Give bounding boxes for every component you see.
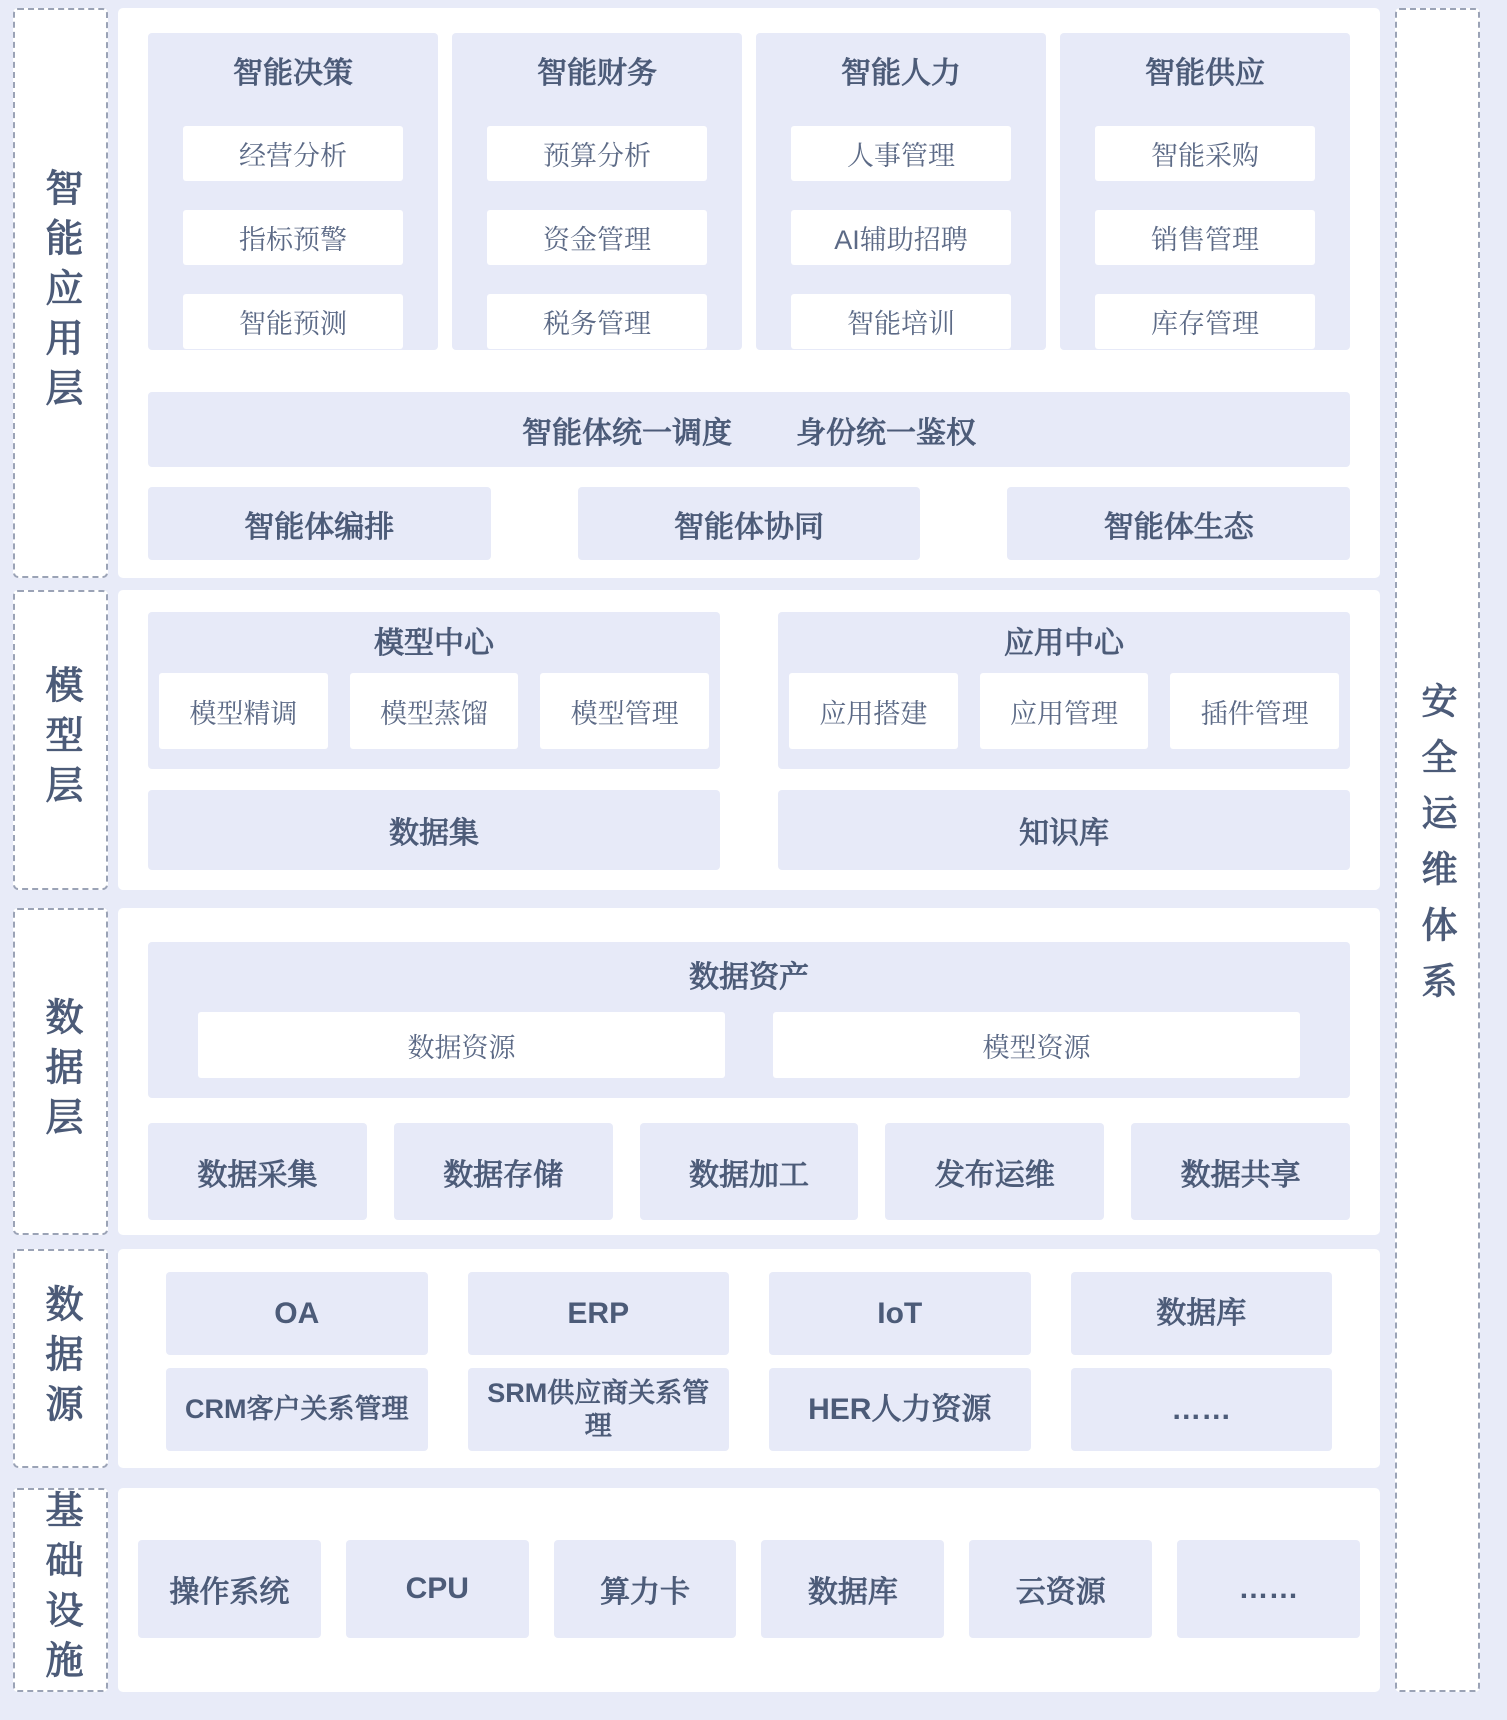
- model-groups: 模型中心 模型精调 模型蒸馏 模型管理 应用中心 应用搭建 应用管理 插件管理: [148, 612, 1350, 769]
- model-center-group: 模型中心 模型精调 模型蒸馏 模型管理: [148, 612, 720, 769]
- app-item: 销售管理: [1095, 210, 1315, 265]
- layer-label-app: 智能应用层: [13, 8, 108, 578]
- agent-box: 智能体生态: [1007, 487, 1350, 560]
- data-resource-box: 数据资源: [198, 1012, 725, 1078]
- app-col-finance: 智能财务 预算分析 资金管理 税务管理: [452, 33, 742, 350]
- app-item: 资金管理: [487, 210, 707, 265]
- bar-label: 智能体统一调度: [522, 408, 732, 452]
- app-col-supply: 智能供应 智能采购 销售管理 库存管理: [1060, 33, 1350, 350]
- app-col-decision: 智能决策 经营分析 指标预警 智能预测: [148, 33, 438, 350]
- app-center-item: 应用搭建: [789, 673, 958, 749]
- column-title: 智能人力: [841, 51, 961, 97]
- source-box: HER人力资源: [769, 1368, 1031, 1451]
- app-item: 智能预测: [183, 294, 403, 349]
- app-columns: 智能决策 经营分析 指标预警 智能预测 智能财务 预算分析 资金管理 税务管理 …: [148, 33, 1350, 350]
- group-title: 应用中心: [1004, 624, 1124, 664]
- data-op-box: 数据共享: [1131, 1123, 1350, 1220]
- model-footer-row: 数据集 知识库: [148, 790, 1350, 870]
- infra-box-ellipsis: ……: [1177, 1540, 1360, 1638]
- data-asset-group: 数据资产 数据资源 模型资源: [148, 942, 1350, 1098]
- layer-label-text: 智能应用层: [33, 168, 88, 418]
- data-op-box: 数据采集: [148, 1123, 367, 1220]
- data-op-box: 发布运维: [885, 1123, 1104, 1220]
- knowledge-base-box: 知识库: [778, 790, 1350, 870]
- column-title: 智能供应: [1145, 51, 1265, 97]
- app-item: 库存管理: [1095, 294, 1315, 349]
- data-op-box: 数据存储: [394, 1123, 613, 1220]
- app-center-item: 插件管理: [1170, 673, 1339, 749]
- layer-label-text: 模型层: [33, 665, 88, 815]
- section-infrastructure: 操作系统 CPU 算力卡 数据库 云资源 ……: [118, 1488, 1380, 1692]
- layer-label-text: 数据源: [33, 1284, 88, 1434]
- security-rail-box: 安全运维体系: [1395, 8, 1480, 1692]
- column-title: 智能决策: [233, 51, 353, 97]
- group-title: 模型中心: [374, 624, 494, 664]
- layer-rail: 智能应用层 模型层 数据层 数据源 基础设施: [13, 8, 108, 1692]
- app-item: AI辅助招聘: [791, 210, 1011, 265]
- data-op-box: 数据加工: [640, 1123, 859, 1220]
- main-content: 智能决策 经营分析 指标预警 智能预测 智能财务 预算分析 资金管理 税务管理 …: [118, 8, 1380, 1692]
- agent-scheduling-bar: 智能体统一调度 身份统一鉴权: [148, 392, 1350, 467]
- infra-box: 数据库: [761, 1540, 944, 1638]
- app-center-group: 应用中心 应用搭建 应用管理 插件管理: [778, 612, 1350, 769]
- bar-label: 身份统一鉴权: [796, 408, 976, 452]
- app-item: 指标预警: [183, 210, 403, 265]
- layer-label-data: 数据层: [13, 908, 108, 1235]
- section-app-layer: 智能决策 经营分析 指标预警 智能预测 智能财务 预算分析 资金管理 税务管理 …: [118, 8, 1380, 578]
- model-item: 模型管理: [540, 673, 709, 749]
- source-box: OA: [166, 1272, 428, 1355]
- source-row-systems: OA ERP IoT 数据库: [148, 1272, 1350, 1355]
- infra-box: 云资源: [969, 1540, 1152, 1638]
- source-box: SRM供应商关系管理: [468, 1368, 730, 1451]
- source-box: 数据库: [1071, 1272, 1333, 1355]
- app-center-item: 应用管理: [980, 673, 1149, 749]
- infra-box: 操作系统: [138, 1540, 321, 1638]
- model-item: 模型蒸馏: [350, 673, 519, 749]
- data-ops-row: 数据采集 数据存储 数据加工 发布运维 数据共享: [148, 1123, 1350, 1220]
- app-item: 经营分析: [183, 126, 403, 181]
- source-box: ERP: [468, 1272, 730, 1355]
- section-model-layer: 模型中心 模型精调 模型蒸馏 模型管理 应用中心 应用搭建 应用管理 插件管理: [118, 590, 1380, 890]
- data-asset-items: 数据资源 模型资源: [198, 1012, 1300, 1078]
- architecture-diagram: 智能应用层 模型层 数据层 数据源 基础设施 智能决策 经营分析 指标预警 智能…: [0, 0, 1507, 1720]
- column-title: 智能财务: [537, 51, 657, 97]
- model-resource-box: 模型资源: [773, 1012, 1300, 1078]
- section-data-source: OA ERP IoT 数据库 CRM客户关系管理 SRM供应商关系管理 HER人…: [118, 1249, 1380, 1468]
- section-data-layer: 数据资产 数据资源 模型资源 数据采集 数据存储 数据加工 发布运维 数据共享: [118, 908, 1380, 1235]
- source-box-ellipsis: ……: [1071, 1368, 1333, 1451]
- group-items: 模型精调 模型蒸馏 模型管理: [159, 673, 709, 749]
- app-item: 预算分析: [487, 126, 707, 181]
- layer-label-text: 数据层: [33, 997, 88, 1147]
- layer-label-text: 基础设施: [33, 1490, 88, 1690]
- agent-row: 智能体编排 智能体协同 智能体生态: [148, 487, 1350, 560]
- security-rail: 安全运维体系: [1395, 8, 1480, 1692]
- model-item: 模型精调: [159, 673, 328, 749]
- source-box: CRM客户关系管理: [166, 1368, 428, 1451]
- source-row-management: CRM客户关系管理 SRM供应商关系管理 HER人力资源 ……: [148, 1368, 1350, 1451]
- source-box: IoT: [769, 1272, 1031, 1355]
- app-col-hr: 智能人力 人事管理 AI辅助招聘 智能培训: [756, 33, 1046, 350]
- app-item: 税务管理: [487, 294, 707, 349]
- infra-box: 算力卡: [554, 1540, 737, 1638]
- data-asset-title: 数据资产: [198, 958, 1300, 998]
- app-item: 智能培训: [791, 294, 1011, 349]
- layer-label-infra: 基础设施: [13, 1488, 108, 1692]
- group-items: 应用搭建 应用管理 插件管理: [789, 673, 1339, 749]
- infra-box: CPU: [346, 1540, 529, 1638]
- agent-box: 智能体编排: [148, 487, 491, 560]
- dataset-box: 数据集: [148, 790, 720, 870]
- infrastructure-row: 操作系统 CPU 算力卡 数据库 云资源 ……: [138, 1540, 1360, 1638]
- app-item: 智能采购: [1095, 126, 1315, 181]
- app-item: 人事管理: [791, 126, 1011, 181]
- layer-label-model: 模型层: [13, 590, 108, 890]
- security-rail-label: 安全运维体系: [1412, 682, 1463, 1018]
- layer-label-source: 数据源: [13, 1249, 108, 1468]
- agent-box: 智能体协同: [578, 487, 921, 560]
